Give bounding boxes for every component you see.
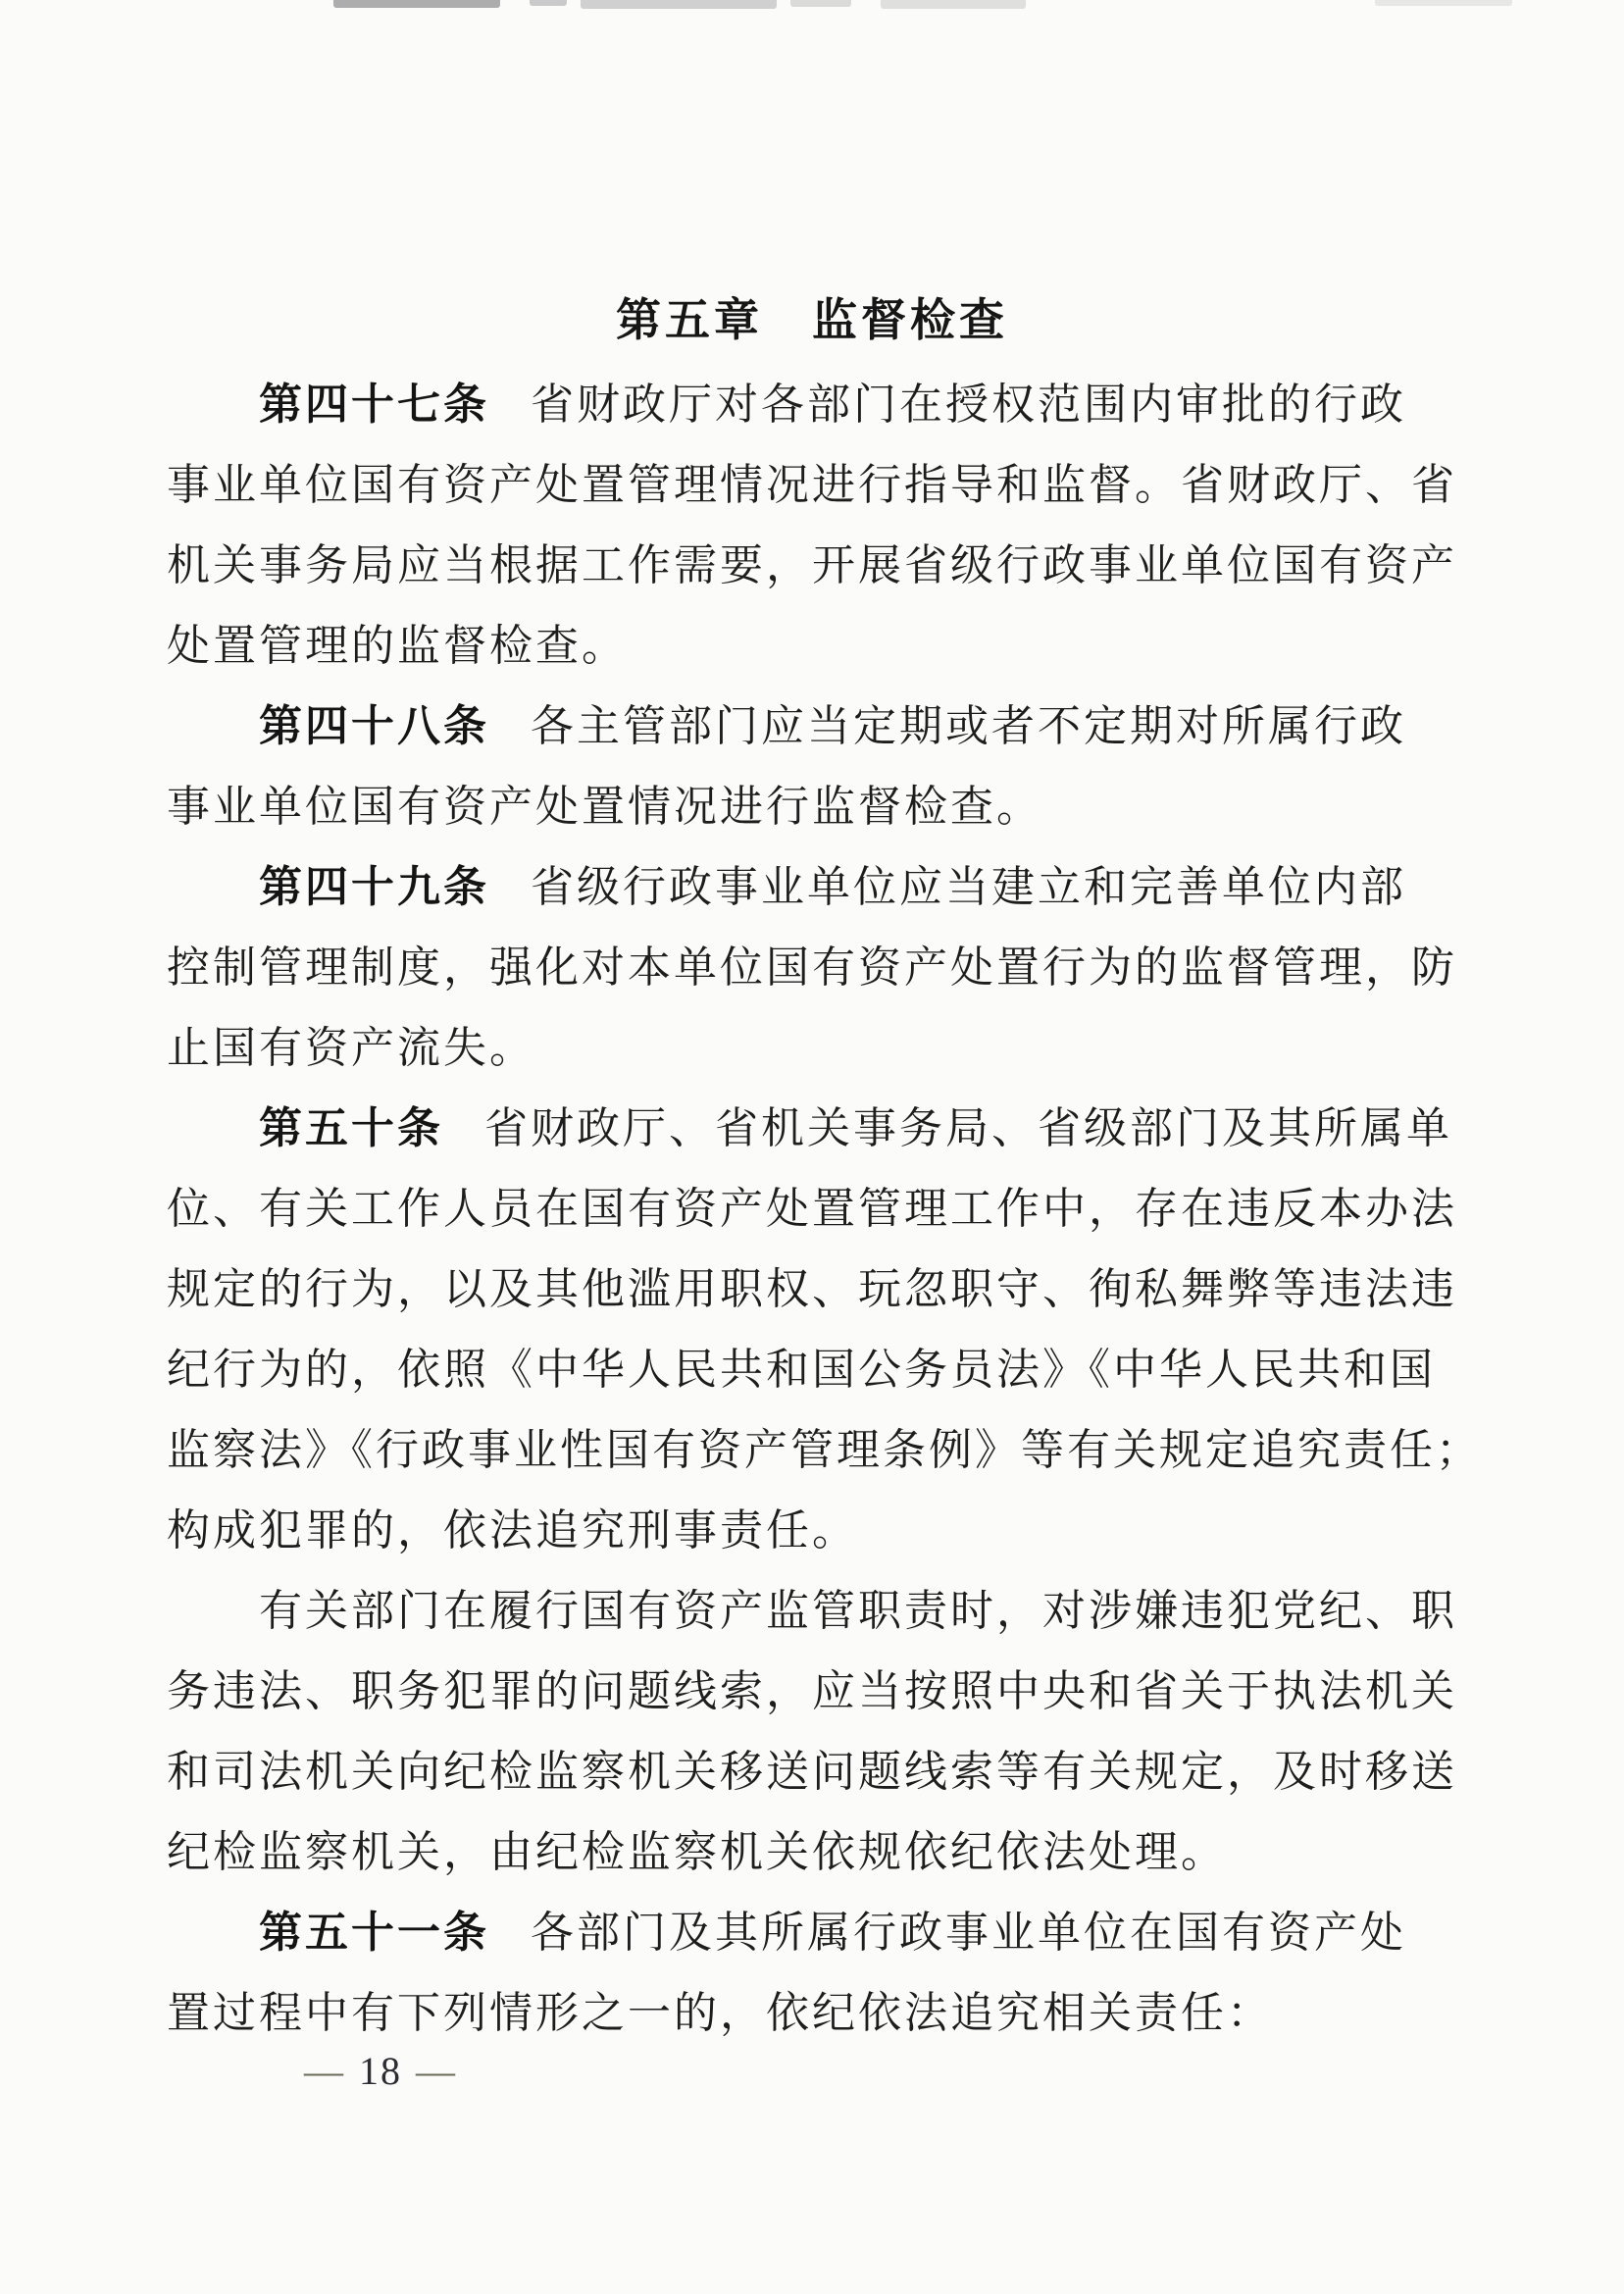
article-number: 第五十一条 (259, 1909, 489, 1957)
line-text: 止国有资产流失。 (167, 1024, 535, 1072)
scan-artifact (530, 0, 567, 6)
line-text: 有关部门在履行国有资产监管职责时，对涉嫌违犯党纪、职 (259, 1587, 1457, 1635)
line-text: 位、有关工作人员在国有资产处置管理工作中，存在违反本办法 (167, 1185, 1457, 1233)
scan-artifact (1375, 0, 1512, 6)
line-text: 省财政厅、省机关事务局、省级部门及其所属单 (484, 1104, 1452, 1152)
document-line: 监察法》《行政事业性国有资产管理条例》等有关规定追究责任； (167, 1410, 1471, 1491)
line-text: 省财政厅对各部门在授权范围内审批的行政 (531, 381, 1406, 429)
document-line: 有关部门在履行国有资产监管职责时，对涉嫌违犯党纪、职 (167, 1571, 1471, 1652)
line-text: 监察法》《行政事业性国有资产管理条例》等有关规定追究责任； (167, 1426, 1482, 1474)
line-text: 事业单位国有资产处置情况进行监督检查。 (167, 783, 1042, 831)
chapter-heading: 第五章 监督检查 (165, 291, 1459, 348)
line-text: 各部门及其所属行政事业单位在国有资产处 (531, 1909, 1406, 1957)
line-text: 省级行政事业单位应当建立和完善单位内部 (531, 863, 1406, 911)
document-line: 第五十条省财政厅、省机关事务局、省级部门及其所属单 (167, 1089, 1471, 1169)
scan-artifact (581, 0, 777, 9)
document-line: 位、有关工作人员在国有资产处置管理工作中，存在违反本办法 (167, 1169, 1471, 1249)
line-text: 控制管理制度，强化对本单位国有资产处置行为的监督管理，防 (167, 943, 1457, 992)
line-text: 事业单位国有资产处置管理情况进行指导和监督。省财政厅、省 (167, 461, 1457, 509)
document-line: 止国有资产流失。 (167, 1008, 1471, 1089)
article-number: 第四十八条 (259, 702, 489, 750)
article-number: 第五十条 (259, 1104, 443, 1152)
document-line: 务违法、职务犯罪的问题线索，应当按照中央和省关于执法机关 (167, 1652, 1471, 1732)
line-text: 机关事务局应当根据工作需要，开展省级行政事业单位国有资产 (167, 541, 1457, 589)
document-line: 第四十七条省财政厅对各部门在授权范围内审批的行政 (167, 365, 1471, 445)
document-line: 规定的行为，以及其他滥用职权、玩忽职守、徇私舞弊等违法违 (167, 1249, 1471, 1330)
footer-left-dash: — (304, 2049, 345, 2093)
line-text: 规定的行为，以及其他滥用职权、玩忽职守、徇私舞弊等违法违 (167, 1265, 1457, 1313)
line-text: 各主管部门应当定期或者不定期对所属行政 (531, 702, 1406, 750)
document-line: 第四十八条各主管部门应当定期或者不定期对所属行政 (167, 687, 1471, 767)
document-line: 事业单位国有资产处置情况进行监督检查。 (167, 767, 1471, 847)
scan-artifact (881, 0, 1026, 9)
document-line: 纪检监察机关，由纪检监察机关依规依纪依法处理。 (167, 1812, 1471, 1893)
footer-right-dash: — (416, 2049, 457, 2093)
line-text: 和司法机关向纪检监察机关移送问题线索等有关规定，及时移送 (167, 1748, 1457, 1796)
article-number: 第四十九条 (259, 863, 489, 911)
document-line: 纪行为的，依照《中华人民共和国公务员法》《中华人民共和国 (167, 1330, 1471, 1410)
scan-artifact (790, 0, 851, 7)
document-line: 第五十一条各部门及其所属行政事业单位在国有资产处 (167, 1893, 1471, 1973)
document-line: 事业单位国有资产处置管理情况进行指导和监督。省财政厅、省 (167, 445, 1471, 526)
line-text: 处置管理的监督检查。 (167, 622, 628, 670)
document-line: 第四十九条省级行政事业单位应当建立和完善单位内部 (167, 847, 1471, 928)
scan-artifact (333, 0, 500, 8)
article-number: 第四十七条 (259, 381, 489, 429)
document-line: 和司法机关向纪检监察机关移送问题线索等有关规定，及时移送 (167, 1732, 1471, 1812)
document-line: 置过程中有下列情形之一的，依纪依法追究相关责任： (167, 1973, 1471, 2054)
line-text: 务违法、职务犯罪的问题线索，应当按照中央和省关于执法机关 (167, 1667, 1457, 1715)
document-line: 构成犯罪的，依法追究刑事责任。 (167, 1491, 1471, 1571)
document-body: 第四十七条省财政厅对各部门在授权范围内审批的行政 事业单位国有资产处置管理情况进… (167, 365, 1471, 2054)
document-page: 第五章 监督检查 第四十七条省财政厅对各部门在授权范围内审批的行政 事业单位国有… (0, 0, 1624, 2294)
document-line: 机关事务局应当根据工作需要，开展省级行政事业单位国有资产 (167, 526, 1471, 606)
line-text: 置过程中有下列情形之一的，依纪依法追究相关责任： (167, 1989, 1273, 2037)
line-text: 构成犯罪的，依法追究刑事责任。 (167, 1506, 858, 1555)
document-line: 处置管理的监督检查。 (167, 606, 1471, 687)
line-text: 纪检监察机关，由纪检监察机关依规依纪依法处理。 (167, 1828, 1227, 1876)
document-line: 控制管理制度，强化对本单位国有资产处置行为的监督管理，防 (167, 928, 1471, 1008)
page-footer: —18— (290, 2046, 471, 2097)
page-number: 18 (359, 2049, 402, 2093)
line-text: 纪行为的，依照《中华人民共和国公务员法》《中华人民共和国 (167, 1346, 1436, 1394)
